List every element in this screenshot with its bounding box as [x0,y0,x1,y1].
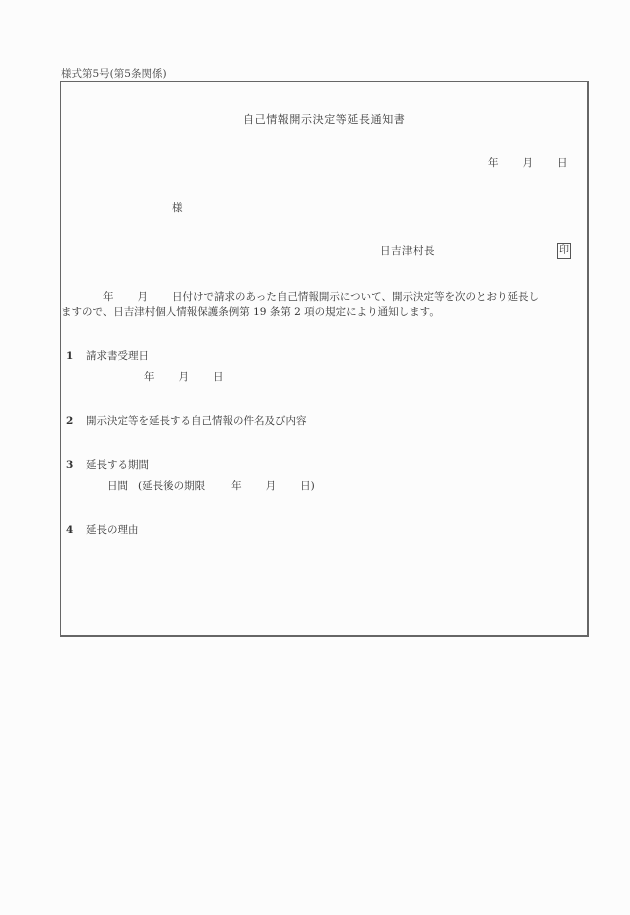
seal-mark: 印 [557,243,571,259]
document-title: 自己情報開示決定等延長通知書 [243,111,405,127]
extension-period-value: 日間(延長後の期限年月日) [107,478,315,493]
item-extension-period: 3延長する期間 [66,457,149,472]
item-request-received-date: 1請求書受理日 [66,348,149,363]
form-number-label: 様式第5号(第5条関係) [61,66,167,81]
addressee-honorific: 様 [172,200,183,215]
issuer-name: 日吉津村長 [380,243,435,258]
request-received-date-value: 年月日 [144,369,224,384]
issue-date-day: 日 [557,155,568,170]
item-subject-and-content: 2開示決定等を延長する自己情報の件名及び内容 [66,413,307,428]
item-extension-reason: 4延長の理由 [66,522,139,537]
body-text-line2: ますので、日吉津村個人情報保護条例第 19 条第 2 項の規定により通知します。 [61,304,440,319]
issue-date-year: 年 [488,155,499,170]
body-text-line1: 年月日付けで請求のあった自己情報開示について、開示決定等を次のとおり延長し [103,289,539,304]
issue-date: 年月日 [488,155,568,170]
issue-date-month: 月 [523,155,534,170]
